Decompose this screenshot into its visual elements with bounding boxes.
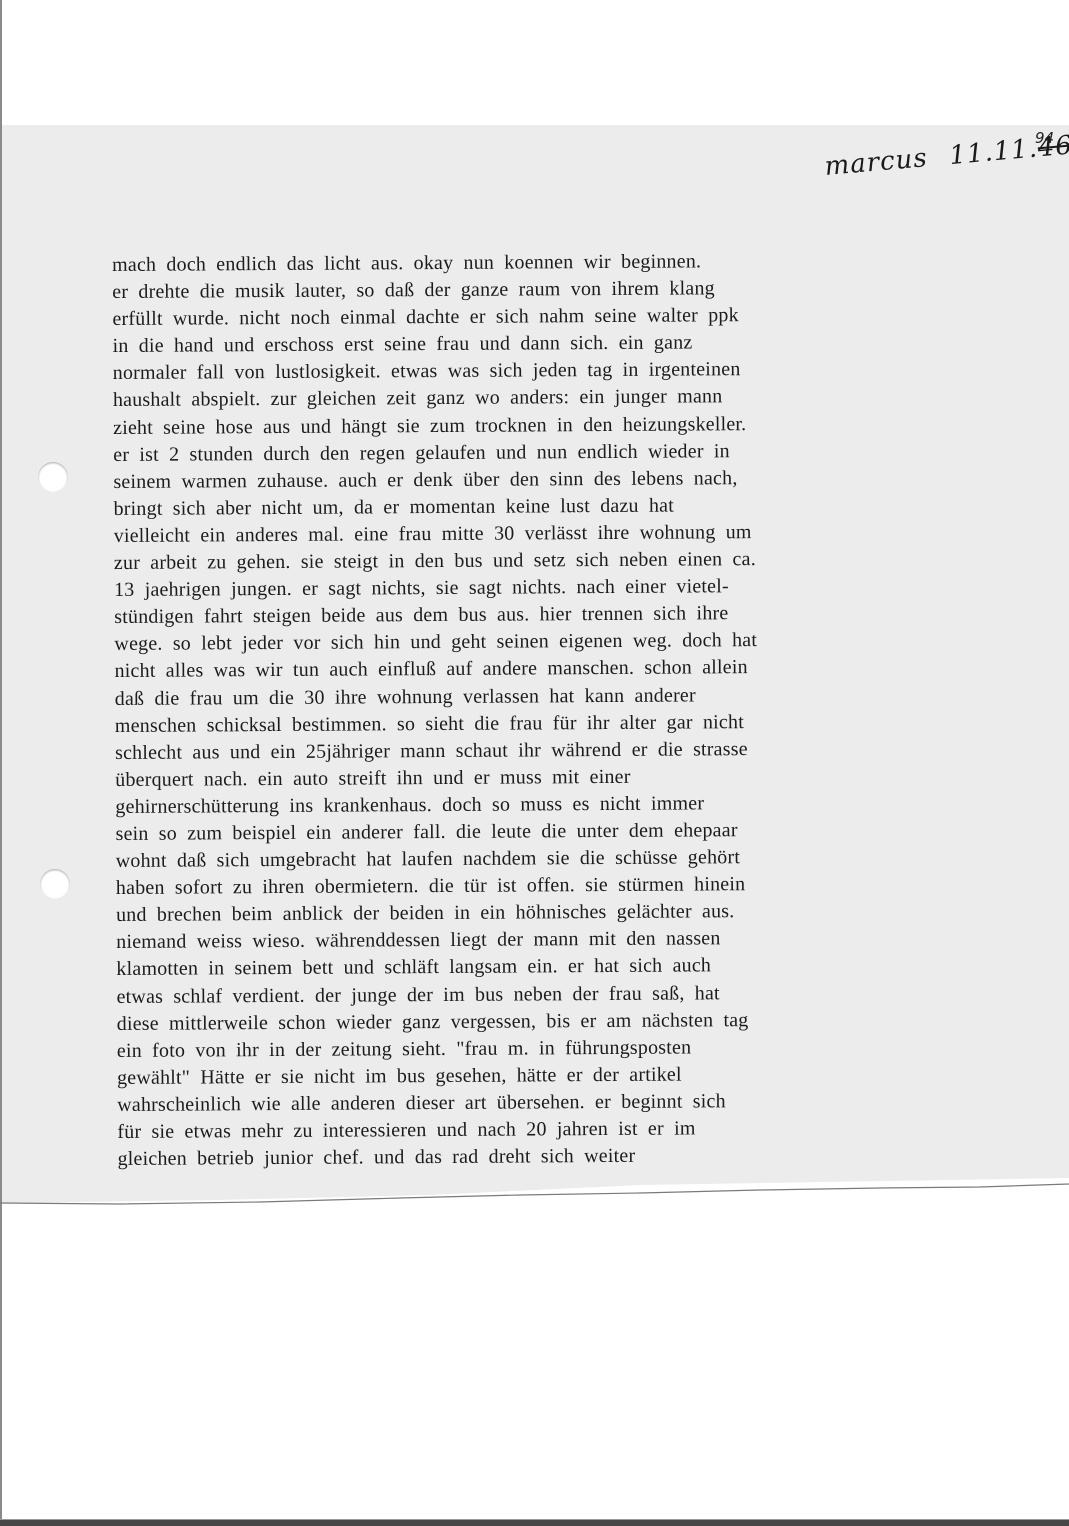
viewer-bottom-bar [0,1519,1069,1526]
punch-hole-top [38,462,68,492]
scan-left-edge [0,0,2,1520]
punch-hole-bottom [40,869,70,899]
typewritten-body-text: mach doch endlich das licht aus. okay nu… [112,247,938,1173]
paper-torn-edge [0,1176,1069,1206]
text-line: gleichen betrieb junior chef. und das ra… [117,1141,937,1173]
signature-date-struck-year: 46 [1037,130,1069,163]
